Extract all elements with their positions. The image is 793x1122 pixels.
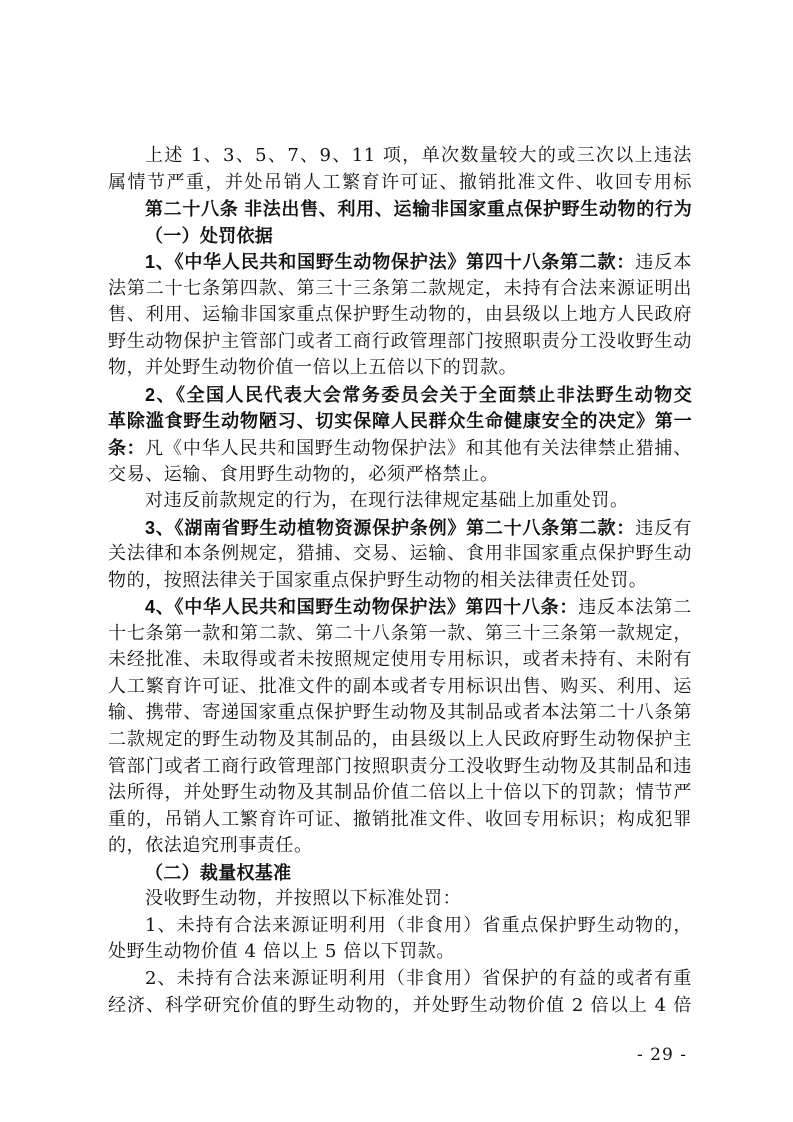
text-segment: 违反有: [635, 518, 692, 539]
text-segment: 对违反前款规定的行为，在现行法律规定基础上加重处罚。: [145, 490, 629, 511]
text-line: 法所得，并处野生动物及其制品价值二倍以上十倍以下的罚款；情节严: [108, 780, 692, 807]
text-segment: 关法律和本条例规定，猎捕、交易、运输、食用非国家重点保护野生动: [108, 543, 692, 564]
text-line: 法第二十七条第四款、第三十三条第二款规定，未持有合法来源证明出: [108, 276, 692, 303]
text-segment: 售、利用、运输非国家重点保护野生动物的，由县级以上地方人民政府: [108, 304, 692, 325]
text-line: 十七条第一款和第二款、第二十八条第一款、第三十三条第一款规定，: [108, 621, 692, 648]
text-line: 管部门或者工商行政管理部门按照职责分工没收野生动物及其制品和违: [108, 754, 692, 781]
text-segment: 没收野生动物，并按照以下标准处罚：: [145, 888, 461, 909]
text-segment: 1、未持有合法来源证明利用（非食用）省重点保护野生动物的，并: [145, 915, 692, 940]
bold-text-segment: （一）处罚依据: [145, 226, 273, 246]
text-segment: 的，依法追究刑事责任。: [108, 835, 313, 856]
text-line: 处野生动物价值 4 倍以上 5 倍以下罚款。: [108, 939, 692, 966]
text-line: 经济、科学研究价值的野生动物的，并处野生动物价值 2 倍以上 4 倍以: [108, 993, 692, 1020]
text-line: 没收野生动物，并按照以下标准处罚：: [108, 886, 692, 913]
text-segment: 上述 1、3、5、7、9、11 项，单次数量较大的或三次以上违法的，: [145, 145, 692, 170]
text-segment: 处野生动物价值 4 倍以上 5 倍以下罚款。: [108, 941, 455, 962]
text-line: （一）处罚依据: [108, 223, 692, 250]
text-segment: 违反本: [635, 252, 692, 273]
page-number: - 29 -: [620, 1043, 704, 1067]
bold-text-segment: （二）裁量权基准: [145, 863, 291, 883]
text-segment: 重的，吊销人工繁育许可证、撤销批准文件、收回专用标识；构成犯罪: [108, 809, 692, 830]
text-line: 上述 1、3、5、7、9、11 项，单次数量较大的或三次以上违法的，: [108, 143, 692, 170]
bold-text-segment: 革除滥食野生动物陋习、切实保障人民群众生命健康安全的决定》第一: [108, 411, 692, 431]
bold-text-segment: 3、《湖南省野生动植物资源保护条例》第二十八条第二款：: [145, 518, 635, 538]
text-line: 物的，按照法律关于国家重点保护野生动物的相关法律责任处罚。: [108, 568, 692, 595]
text-segment: 凡《中华人民共和国野生动物保护法》和其他有关法律禁止猎捕、: [145, 438, 692, 459]
text-segment: 法第二十七条第四款、第三十三条第二款规定，未持有合法来源证明出: [108, 278, 692, 299]
document-page: 上述 1、3、5、7、9、11 项，单次数量较大的或三次以上违法的，属情节严重，…: [0, 0, 793, 1122]
text-segment: 输、携带、寄递国家重点保护野生动物及其制品或者本法第二十八条第: [108, 702, 692, 723]
text-line: 1、未持有合法来源证明利用（非食用）省重点保护野生动物的，并: [108, 913, 692, 940]
document-body: 上述 1、3、5、7、9、11 项，单次数量较大的或三次以上违法的，属情节严重，…: [108, 143, 692, 1019]
text-line: 二款规定的野生动物及其制品的，由县级以上人民政府野生动物保护主: [108, 727, 692, 754]
text-segment: 违反本法第二: [578, 597, 692, 618]
text-line: 革除滥食野生动物陋习、切实保障人民群众生命健康安全的决定》第一: [108, 408, 692, 435]
text-line: （二）裁量权基准: [108, 860, 692, 887]
text-segment: 未经批准、未取得或者未按照规定使用专用标识，或者未持有、未附有: [108, 649, 692, 670]
text-segment: 人工繁育许可证、批准文件的副本或者专用标识出售、购买、利用、运: [108, 676, 692, 697]
text-line: 未经批准、未取得或者未按照规定使用专用标识，或者未持有、未附有: [108, 647, 692, 674]
text-line: 交易、运输、食用野生动物的，必须严格禁止。: [108, 462, 692, 489]
bold-text-segment: 条：: [108, 438, 145, 458]
bold-text-segment: 第二十八条 非法出售、利用、运输非国家重点保护野生动物的行为: [145, 199, 692, 219]
text-segment: 交易、运输、食用野生动物的，必须严格禁止。: [108, 464, 499, 485]
text-segment: 十七条第一款和第二款、第二十八条第一款、第三十三条第一款规定，: [108, 623, 692, 644]
text-line: 属情节严重，并处吊销人工繁育许可证、撤销批准文件、收回专用标识。: [108, 170, 692, 197]
text-line: 输、携带、寄递国家重点保护野生动物及其制品或者本法第二十八条第: [108, 700, 692, 727]
text-segment: 物的，按照法律关于国家重点保护野生动物的相关法律责任处罚。: [108, 570, 647, 591]
bold-text-segment: 4、《中华人民共和国野生动物保护法》第四十八条：: [145, 597, 578, 617]
text-line: 4、《中华人民共和国野生动物保护法》第四十八条：违反本法第二: [108, 594, 692, 621]
text-segment: 法所得，并处野生动物及其制品价值二倍以上十倍以下的罚款；情节严: [108, 782, 692, 803]
text-segment: 属情节严重，并处吊销人工繁育许可证、撤销批准文件、收回专用标识。: [108, 172, 692, 197]
text-line: 2、未持有合法来源证明利用（非食用）省保护的有益的或者有重要: [108, 966, 692, 993]
text-line: 第二十八条 非法出售、利用、运输非国家重点保护野生动物的行为: [108, 196, 692, 223]
text-line: 条：凡《中华人民共和国野生动物保护法》和其他有关法律禁止猎捕、: [108, 435, 692, 462]
text-segment: 物，并处野生动物价值一倍以上五倍以下的罚款。: [108, 357, 517, 378]
text-line: 人工繁育许可证、批准文件的副本或者专用标识出售、购买、利用、运: [108, 674, 692, 701]
text-line: 的，依法追究刑事责任。: [108, 833, 692, 860]
text-segment: 二款规定的野生动物及其制品的，由县级以上人民政府野生动物保护主: [108, 729, 692, 750]
text-line: 1、《中华人民共和国野生动物保护法》第四十八条第二款：违反本: [108, 249, 692, 276]
text-line: 重的，吊销人工繁育许可证、撤销批准文件、收回专用标识；构成犯罪: [108, 807, 692, 834]
text-segment: 经济、科学研究价值的野生动物的，并处野生动物价值 2 倍以上 4 倍以: [108, 995, 692, 1020]
text-line: 对违反前款规定的行为，在现行法律规定基础上加重处罚。: [108, 488, 692, 515]
text-segment: 野生动物保护主管部门或者工商行政管理部门按照职责分工没收野生动: [108, 331, 692, 352]
text-line: 物，并处野生动物价值一倍以上五倍以下的罚款。: [108, 355, 692, 382]
text-segment: 2、未持有合法来源证明利用（非食用）省保护的有益的或者有重要: [145, 968, 692, 993]
bold-text-segment: 1、《中华人民共和国野生动物保护法》第四十八条第二款：: [145, 252, 635, 272]
text-line: 3、《湖南省野生动植物资源保护条例》第二十八条第二款：违反有: [108, 515, 692, 542]
text-line: 售、利用、运输非国家重点保护野生动物的，由县级以上地方人民政府: [108, 302, 692, 329]
text-line: 关法律和本条例规定，猎捕、交易、运输、食用非国家重点保护野生动: [108, 541, 692, 568]
text-segment: 管部门或者工商行政管理部门按照职责分工没收野生动物及其制品和违: [108, 756, 692, 777]
text-line: 2、《全国人民代表大会常务委员会关于全面禁止非法野生动物交易、: [108, 382, 692, 409]
bold-text-segment: 2、《全国人民代表大会常务委员会关于全面禁止非法野生动物交易、: [145, 385, 692, 409]
text-line: 野生动物保护主管部门或者工商行政管理部门按照职责分工没收野生动: [108, 329, 692, 356]
